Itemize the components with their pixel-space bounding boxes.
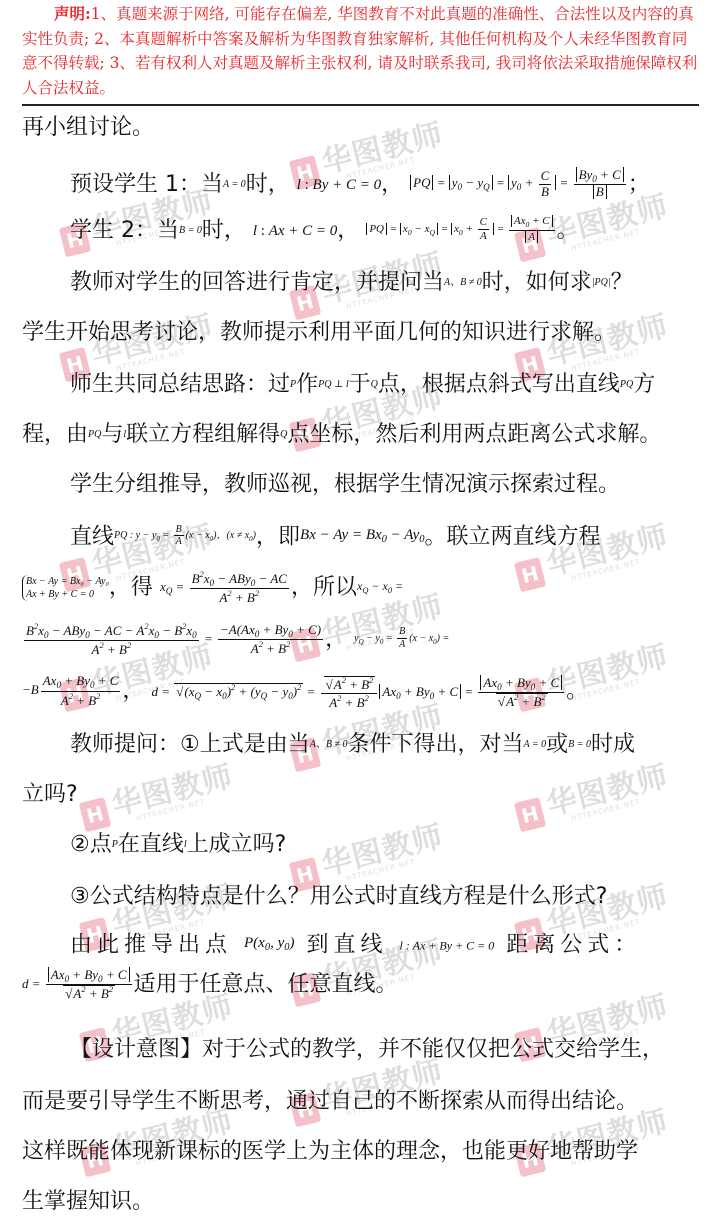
math-distance-formula: d = Ax0 + By0 + CA2 + B2: [22, 976, 134, 991]
math-system: Bx − Ay = Bx₀ − Ay₀Ax + By + C = 0: [22, 575, 109, 601]
paragraph: 立吗?: [22, 780, 78, 810]
math-inline: A = 0: [223, 179, 246, 190]
text: 上成立吗?: [187, 832, 287, 857]
text: 。: [557, 218, 579, 243]
student-2-answer: 学生 2：当B = 0时， l : Ax + C = 0， PQ = x0 − …: [70, 214, 579, 248]
text: ，: [337, 218, 359, 243]
math-distance-derivation: d = (xQ − x0)2 + (yQ − y0)2 = A2 + B2A2 …: [151, 684, 566, 699]
text: 与: [101, 422, 123, 447]
text: 作: [296, 372, 318, 397]
text: 适用于任意点、任意直线。: [134, 972, 398, 997]
paragraph: 再小组讨论。: [22, 113, 154, 143]
watermark-sub: HTTEACHER.NET: [571, 791, 674, 823]
math-line-eq: l : By + C = 0: [297, 177, 381, 193]
text: 时，如何求: [482, 270, 592, 295]
text: 师生共同总结思路：过: [70, 372, 290, 397]
paragraph: 直线PQ : y − y0 = BA(x − x0)，(x ≠ x0)，即Bx …: [70, 520, 601, 555]
math-inline: |PQ|: [592, 277, 611, 288]
paragraph: 程，由PQ与l联立方程组解得Q点坐标，然后利用两点距离公式求解。: [22, 420, 661, 450]
text: 。: [566, 679, 588, 704]
math-yq-diff: −BAx0 + By0 + CA2 + B2: [22, 682, 122, 697]
paragraph: 而是要引导学生不断思考，通过自己的不断探索从而得出结论。: [22, 1087, 638, 1117]
brand-logo-icon: H: [79, 797, 111, 832]
text: ，即: [256, 525, 300, 550]
text: 学生 2：当: [70, 218, 179, 243]
text: 教师对学生的回答进行肯定，并提问当: [70, 270, 444, 295]
math-inline: PQ: [88, 429, 101, 440]
watermark-text: 华图教师: [109, 762, 237, 821]
design-intent: 【设计意图】对于公式的教学，并不能仅仅把公式交给学生，: [70, 1035, 664, 1065]
text: 点，根据点斜式写出直线: [378, 372, 620, 397]
math-pq-formula: PQ = y0 − yQ = y0 + CB = By0 + CB: [410, 175, 628, 190]
text: 在直线: [118, 832, 184, 857]
math-eq: Ax + By + C = 0: [26, 588, 109, 601]
text: 时，: [202, 218, 246, 243]
distance-formula-line: d = Ax0 + By0 + CA2 + B2适用于任意点、任意直线。: [22, 968, 398, 1002]
text: 于: [349, 372, 371, 397]
brand-logo-icon: H: [514, 797, 546, 832]
question-2: ②点P在直线l上成立吗?: [70, 830, 286, 860]
math-inline: A、B ≠ 0: [310, 739, 348, 750]
math-inline: Bx − Ay = Bx0 − Ay0: [300, 527, 424, 543]
text: 条件下得出，对当: [347, 732, 523, 757]
watermark-text: 华图教师: [544, 762, 672, 821]
text: 教师提问：①上式是由当: [70, 732, 310, 757]
text: ，: [325, 627, 347, 652]
math-line-eq: l : Ax + C = 0: [253, 223, 337, 239]
text: 点坐标，然后利用两点距离公式求解。: [287, 422, 661, 447]
math-yq: yQ − y0 = BA(x − x0) =: [354, 633, 449, 644]
math-inline: A、B ≠ 0: [444, 277, 482, 288]
paragraph: 这样既能体现新课标的医学上为主体的理念，也能更好地帮助学: [22, 1137, 638, 1167]
text: ；: [628, 172, 650, 197]
watermark-text: 华图教师: [319, 822, 447, 881]
student-1-answer: 预设学生 1：当A = 0时， l : By + C = 0， PQ = y0 …: [70, 168, 650, 202]
text: 直线: [70, 525, 114, 550]
math-pq-line: PQ : y − y0 = BA(x − x0)，(x ≠ x0): [114, 530, 256, 541]
text: 预设学生 1：当: [70, 172, 223, 197]
text: ，: [122, 679, 144, 704]
paragraph: 生掌握知识。: [22, 1187, 154, 1217]
paragraph: 教师对学生的回答进行肯定，并提问当A、B ≠ 0时，如何求|PQ|？: [70, 268, 633, 298]
math-inline: A = 0: [523, 739, 546, 750]
watermark: H华图教师HTTEACHER.NET: [78, 762, 238, 836]
text: ？: [611, 270, 633, 295]
math-inline: PQ ⊥ l: [318, 379, 349, 390]
math-point: P(x0, y0): [244, 935, 295, 951]
watermark-sub: HTTEACHER.NET: [571, 221, 674, 253]
text: 联立方程组解得: [126, 422, 280, 447]
text: ，所以: [291, 575, 357, 600]
text: ②点: [70, 832, 112, 857]
text: 。联立两直线方程: [424, 525, 600, 550]
brand-logo-icon: H: [514, 557, 546, 592]
math-xq-diff: B2x0 − ABy0 − AC − A2x0 − B2x0A2 + B2 = …: [22, 631, 325, 646]
watermark-sub: HTTEACHER.NET: [346, 851, 449, 883]
paragraph: Bx − Ay = Bx₀ − Ay₀Ax + By + C = 0，得 xQ …: [22, 570, 403, 606]
math-xq: xQ = B2x0 − ABy0 − ACA2 + B2: [160, 579, 291, 594]
text: 程，由: [22, 422, 88, 447]
math-inline: l : Ax + By + C = 0: [400, 939, 495, 953]
disclaimer-notice: 声明:1、真题来源于网络, 可能存在偏差, 华图教育不对此真题的准确性、合法性以…: [22, 2, 698, 100]
math-line: B2x0 − ABy0 − AC − A2x0 − B2x0A2 + B2 = …: [22, 622, 449, 658]
math-inline: B = 0: [568, 739, 591, 750]
text: ，得: [109, 575, 153, 600]
math-line: −BAx0 + By0 + CA2 + B2， d = (xQ − x0)2 +…: [22, 672, 588, 711]
math-pq-formula: PQ = x0 − xQ = x0 + CA = Ax0 + CA: [366, 223, 556, 235]
conclusion: 由此推导出点 P(x0, y0) 到直线 l : Ax + By + C = 0…: [70, 928, 641, 963]
math-eq: Bx − Ay = Bx₀ − Ay₀: [26, 575, 109, 588]
paragraph: 学生分组推导，教师巡视，根据学生情况演示探索过程。: [70, 470, 620, 500]
text: 距离公式：: [506, 933, 641, 958]
math-inline: PQ: [620, 379, 633, 390]
text: 由此推导出点: [70, 933, 232, 958]
watermark: H华图教师HTTEACHER.NET: [513, 762, 673, 836]
text: 时成: [591, 732, 635, 757]
question-3: ③公式结构特点是什么？用公式时直线方程是什么形式?: [70, 882, 607, 912]
text: 或: [546, 732, 568, 757]
disclaimer-text: 1、真题来源于网络, 可能存在偏差, 华图教育不对此真题的准确性、合法性以及内容…: [22, 5, 697, 97]
text: 到直线: [307, 933, 388, 958]
text: ，: [381, 172, 403, 197]
math-inline: B = 0: [179, 225, 202, 236]
text: 时，: [246, 172, 290, 197]
watermark-sub: HTTEACHER.NET: [571, 551, 674, 583]
paragraph: 师生共同总结思路：过P作PQ ⊥ l于Q点，根据点斜式写出直线PQ方: [70, 370, 655, 400]
question-1: 教师提问：①上式是由当A、B ≠ 0条件下得出，对当A = 0或B = 0时成: [70, 730, 635, 760]
watermark-sub: HTTEACHER.NET: [136, 791, 239, 823]
math-inline: Q: [371, 379, 378, 390]
text: 方: [633, 372, 655, 397]
math-inline: xQ − x0 =: [357, 579, 403, 593]
disclaimer-label: 声明:: [54, 4, 91, 23]
header-divider: [22, 104, 699, 106]
paragraph: 学生开始思考讨论，教师提示利用平面几何的知识进行求解。: [22, 318, 616, 348]
